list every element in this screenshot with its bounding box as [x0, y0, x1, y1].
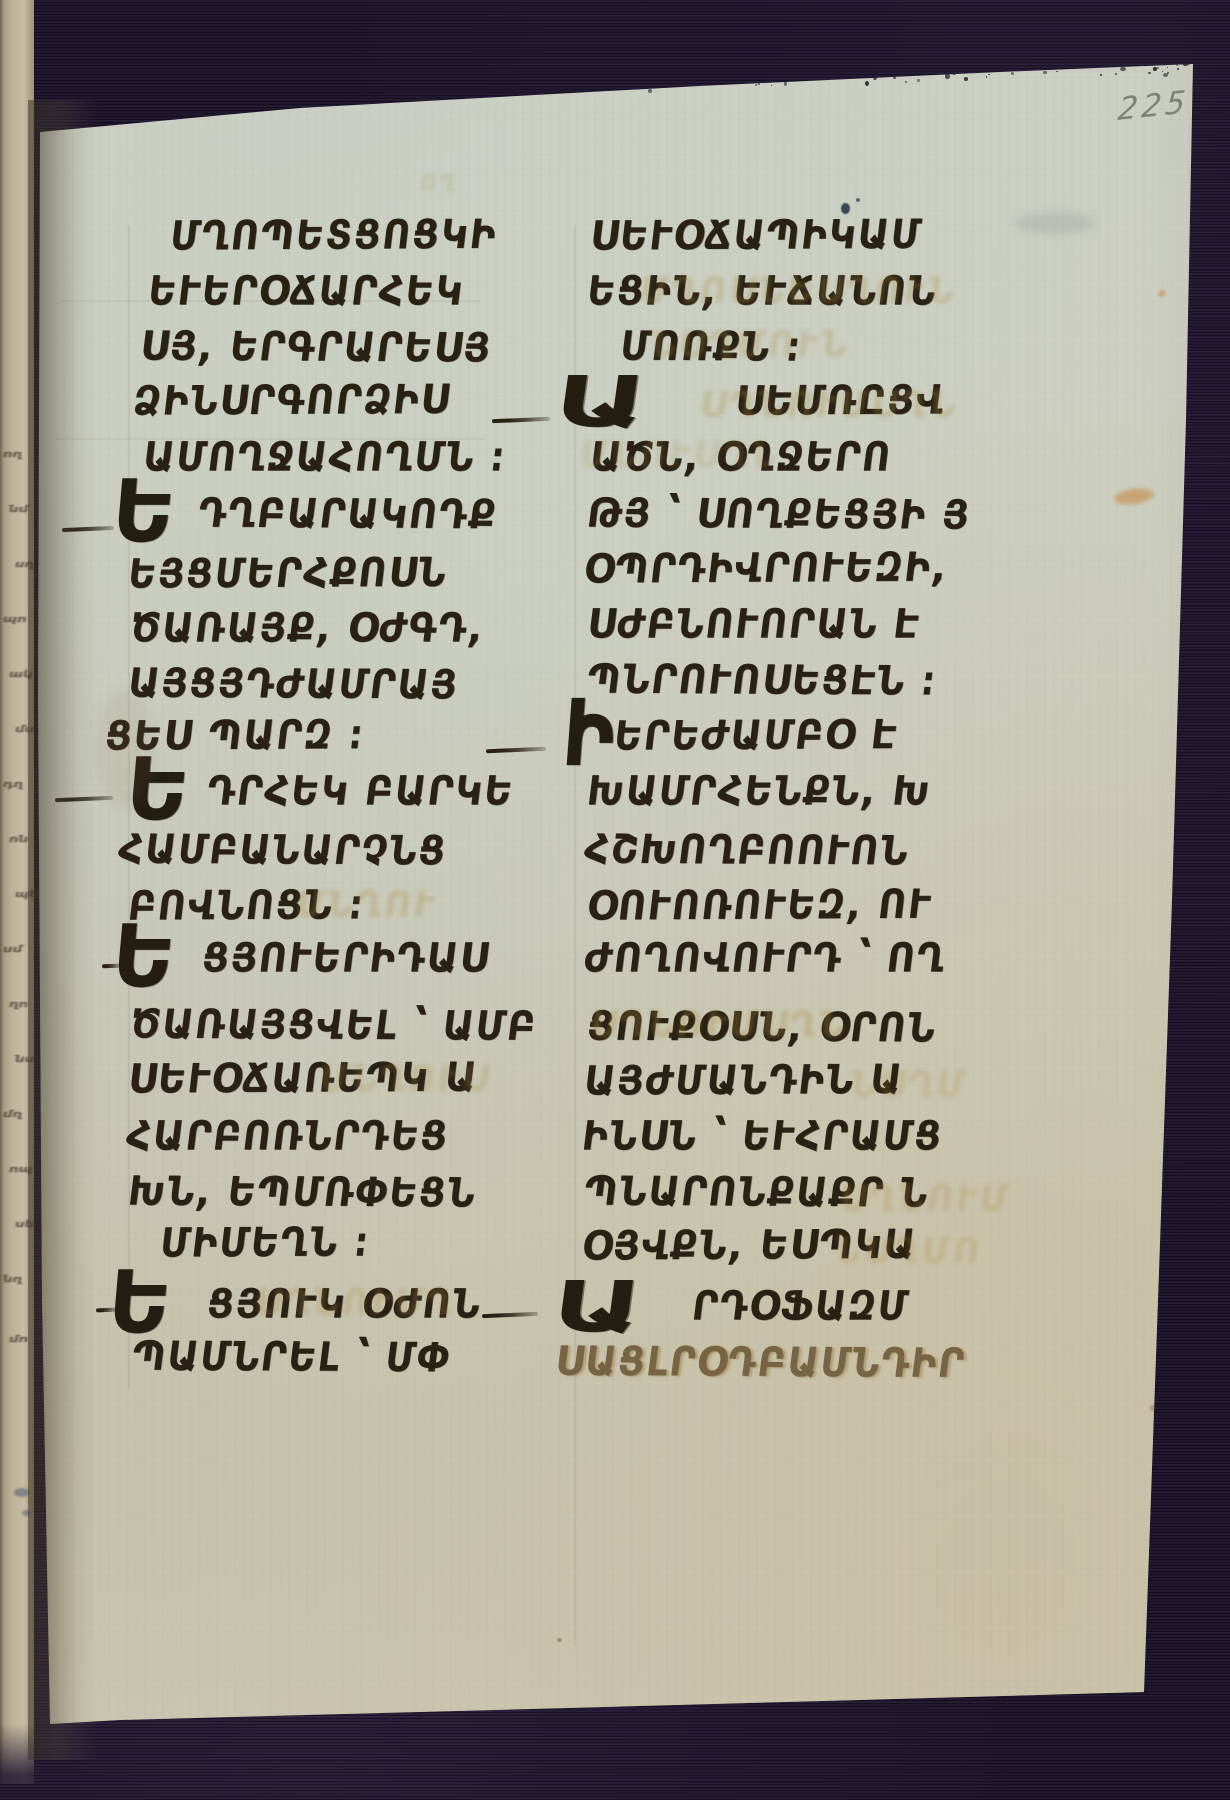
text-line: ՑՅՈՒԵՐԻԴԱՍ: [200, 938, 492, 978]
dirt-speck: [443, 87, 444, 88]
edge-text-fragment: նղ: [2, 1273, 24, 1284]
dirt-speck: [917, 79, 920, 83]
dirt-speck: [1153, 67, 1157, 70]
parchment-page: 225 ՄՂՈՊԵՏՑՈՑԿԻԵՒԵՐՕՃԱՐՀԵԿՍՅ, ԵՐԳՐԱՐԵՍՅՁ…: [0, 0, 1230, 1800]
dirt-speck: [758, 83, 760, 85]
edge-text-fragment: սե: [14, 1218, 36, 1229]
initial-letter: Ի: [559, 688, 618, 780]
text-line: ԽՆ, ԵՊՄՌՓԵՑՆ: [126, 1171, 479, 1213]
dirt-speck: [454, 82, 456, 84]
dirt-speck: [755, 84, 757, 86]
dirt-speck: [1167, 67, 1168, 68]
dirt-speck: [700, 80, 705, 85]
text-line: ՊԱՄՆՐԵԼ ՝ ՄՓ: [130, 1336, 453, 1378]
blue-smudge: [14, 1488, 30, 1497]
text-line: ՀՇԽՈՂԲՈՈՒՈՆ: [582, 829, 912, 871]
dirt-speck: [945, 74, 949, 79]
bleed-through-line: ՆՍՂՄՈ: [833, 1234, 985, 1270]
text-line: ՕՊՐԴԻՎՐՈՒԵԶԻ,: [582, 547, 951, 589]
bleed-through-line: ՍՂՆՈՒՄՂ: [253, 1286, 457, 1322]
dirt-speck: [954, 72, 956, 73]
dirt-speck: [501, 82, 504, 85]
text-line: ՄՂՈՊԵՏՑՈՑԿԻ: [168, 214, 500, 256]
edge-text-fragment: մս: [14, 723, 36, 734]
text-line: ՊՆՐՈՒՈՍԵՑԷՆ ։: [585, 659, 940, 701]
bleed-through-line: ՆՍՂՄՈՒՆ: [648, 328, 852, 364]
dirt-speck: [964, 77, 968, 80]
dirt-speck: [1103, 64, 1104, 65]
dirt-speck: [986, 76, 987, 78]
margin-dash: [102, 964, 120, 969]
edge-text-fragment: պո: [2, 613, 28, 624]
dirt-speck: [700, 81, 703, 83]
dirt-speck: [1011, 72, 1014, 75]
text-line: ԵՒԵՐՕՃԱՐՀԵԿ: [146, 271, 467, 311]
edge-text-fragment: ող: [2, 448, 24, 459]
dirt-speck: [557, 1638, 562, 1642]
edge-text-fragment: ոն: [8, 833, 30, 844]
dirt-speck: [439, 84, 442, 87]
dirt-speck: [613, 79, 616, 83]
text-line: ԱՅՑՅԴԺԱՄՐԱՅ: [126, 663, 461, 705]
text-line: ԴՐՀԵԿ ԲԱՐԿԵ: [205, 771, 517, 811]
bleed-through-line: ՄՂՈՍՆԵՍՂՈՒՆ: [638, 274, 959, 310]
dirt-speck: [865, 81, 869, 86]
text-line: ՐԴՕՖԱԶՄ: [690, 1286, 912, 1326]
dirt-speck: [1043, 71, 1046, 73]
dirt-speck: [1125, 63, 1128, 65]
dirt-speck: [558, 76, 560, 78]
bleed-through-line: ՍՂՆՈՒՄՍՂՆ: [698, 388, 960, 424]
edge-text-fragment: նմ: [8, 503, 30, 514]
edge-text-fragment: մո: [8, 1333, 30, 1344]
text-line: ՍԺԲՆՈՒՈՐԱՆ Է: [585, 604, 923, 644]
initial-letter: Ե: [108, 469, 178, 555]
dirt-speck: [1056, 71, 1057, 73]
bleed-through-line: ՍՂՆՈՒՄ: [838, 1182, 1013, 1218]
dirt-speck: [606, 78, 607, 79]
dirt-speck: [1166, 59, 1168, 61]
ink-blot: [856, 198, 860, 202]
edge-text-fragment: դղ: [2, 778, 25, 789]
dirt-speck: [527, 84, 528, 86]
dirt-speck: [541, 89, 545, 93]
text-line: ՁԻՆՍՐԳՈՐՁԻՍ: [131, 379, 453, 421]
dirt-speck: [905, 81, 907, 83]
dirt-speck: [873, 75, 878, 80]
dirt-speck: [598, 81, 599, 82]
margin-dash: [482, 1312, 538, 1318]
text-line: ՍԵՒՕՃԱՊԻԿԱՄ: [588, 214, 925, 256]
bleed-through-line: ՄՆՂՈՒ: [294, 888, 440, 924]
text-line: ՄԻՄԵՂՆ ։: [158, 1222, 372, 1263]
gray-smudge: [1015, 212, 1095, 234]
margin-dash: [62, 526, 114, 532]
dirt-speck: [1118, 62, 1123, 66]
dirt-speck: [1177, 68, 1180, 70]
text-line: ԴՂԲԱՐԱԿՈԴՔ: [196, 493, 500, 535]
dirt-speck: [1150, 63, 1153, 65]
edge-text-fragment: սղ: [14, 558, 36, 569]
dirt-speck: [848, 74, 852, 78]
dirt-speck: [968, 72, 969, 73]
dirt-speck: [1157, 67, 1159, 69]
dirt-speck: [771, 85, 772, 87]
initial-letter: Ա: [549, 1272, 647, 1342]
dirt-speck: [611, 81, 614, 83]
bleed-through-line: ՄՆՂՈՒՍ: [318, 1062, 493, 1098]
manuscript-photo: { "page": { "folio_number": "225", "desc…: [0, 0, 1230, 1800]
initial-letter: Ե: [108, 914, 178, 1000]
dirt-speck: [964, 67, 968, 71]
dirt-speck: [554, 87, 556, 88]
dirt-speck: [1015, 66, 1016, 67]
dirt-speck: [448, 92, 451, 95]
dirt-speck: [480, 86, 482, 88]
text-line: ԾԱՌԱՅՔ, ՕԺԳԴ,: [128, 608, 487, 648]
dirt-speck: [491, 92, 496, 96]
edge-text-fragment: ակ: [8, 668, 34, 679]
initial-letter: Ա: [550, 367, 651, 437]
edge-text-fragment: ղո: [8, 998, 30, 1009]
text-line: ԺՈՂՈՎՈՒՐԴ ՝ ՈՂ: [582, 938, 949, 978]
dirt-speck: [882, 68, 883, 70]
dirt-speck: [773, 74, 777, 77]
dirt-speck: [1185, 62, 1189, 65]
dirt-speck: [742, 75, 745, 79]
dirt-speck: [728, 71, 729, 73]
dirt-speck: [1115, 73, 1117, 75]
dirt-speck: [625, 75, 630, 81]
dirt-speck: [893, 76, 896, 79]
margin-dash: [492, 417, 550, 424]
text-line: ՀԱՐԲՈՌՆՐԴԵՑ: [124, 1116, 451, 1156]
edge-text-fragment: մղ: [2, 1108, 24, 1119]
dirt-speck: [468, 84, 471, 86]
dirt-speck: [741, 70, 742, 71]
dirt-speck: [1101, 61, 1106, 65]
rust-stain: [1158, 290, 1166, 297]
dirt-speck: [1120, 67, 1126, 72]
dirt-speck: [473, 82, 476, 86]
dirt-speck: [912, 69, 916, 72]
dirt-speck: [1100, 74, 1103, 76]
rust-stain: [1150, 1405, 1156, 1411]
dirt-speck: [661, 82, 665, 87]
page-stack-edge: ողնմսղպոակմսդղոնպեսմղոնսմղոպսենղմո: [0, 0, 34, 1784]
text-line: ԻՆՍՆ ՝ ԵՒՀՐԱՄՑ: [580, 1116, 945, 1156]
bleed-through-line: ՈՂ: [419, 174, 460, 196]
text-line: ՍՅ, ԵՐԳՐԱՐԵՍՅ: [138, 326, 494, 368]
rust-stain: [1113, 486, 1155, 506]
dirt-speck: [1148, 72, 1151, 74]
dirt-speck: [918, 69, 922, 74]
dirt-speck: [903, 68, 905, 70]
text-line: ԵՅՑՄԵՐՀՔՈՍՆ: [126, 552, 450, 594]
bleed-through-line: ՆՍՂՄ: [848, 1068, 970, 1104]
dirt-speck: [961, 65, 966, 70]
text-line: ԱՄՈՂՋԱՀՈՂՄՆ ։: [141, 437, 509, 477]
dirt-speck: [1162, 71, 1163, 72]
dirt-speck: [988, 74, 991, 76]
dirt-speck: [952, 70, 956, 74]
dirt-speck: [1167, 72, 1169, 74]
dirt-speck: [1176, 64, 1178, 66]
dirt-speck: [648, 89, 652, 93]
edge-text-fragment: ոպ: [8, 1163, 34, 1174]
text-line: ԾԱՌԱՅՑՎԵԼ ՝ ԱՄԲ: [128, 1004, 540, 1047]
text-line: ԵՐԵԺԱՄԲՕ Է: [612, 714, 901, 756]
margin-dash: [55, 796, 113, 803]
margin-dash: [486, 747, 546, 754]
edge-text-fragment: նս: [14, 1053, 36, 1064]
text-line: ՕՈՒՈՌՈՒԵԶ, ՈՒ: [585, 884, 935, 926]
text-line: ԽԱՄՐՀԵՆՔՆ, Խ: [585, 771, 934, 811]
blue-smudge: [22, 1510, 31, 1516]
bleed-through-line: ՄՆՈՒՍՂՆ: [578, 438, 782, 474]
edge-text-fragment: պե: [14, 888, 40, 899]
edge-text-fragment: սմ: [2, 943, 24, 954]
text-line: ՀԱՄԲԱՆԱՐՉՆՑ: [116, 829, 450, 871]
text-line: ԹՅ ՝ ՍՈՂՔԵՑՅԻ Յ: [585, 493, 973, 535]
dirt-speck: [825, 71, 829, 76]
folio-number: 225: [1116, 84, 1191, 128]
dirt-speck: [1096, 65, 1098, 67]
dirt-speck: [823, 68, 826, 71]
dirt-speck: [784, 81, 788, 86]
initial-letter: Ե: [122, 747, 192, 833]
dirt-speck: [464, 91, 465, 92]
bleed-through-line: ՍՂՆՈՒՄՍՂՆ: [588, 1008, 850, 1044]
ink-blot: [841, 203, 850, 214]
text-line: ՍԱՑԼՐՕԴԲԱՄՆԴԻՐ: [553, 1341, 968, 1384]
